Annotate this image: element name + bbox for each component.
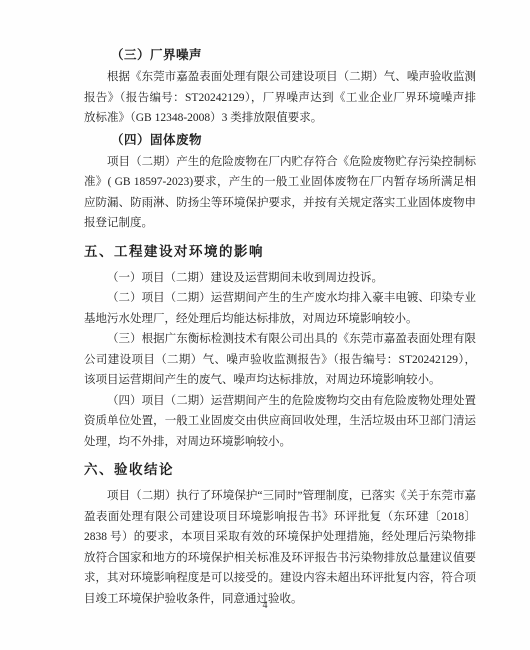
paragraph-noise-compliance: 根据《东莞市嘉盈表面处理有限公司建设项目（二期）气、噪声验收监测报告》（报告编号…: [84, 67, 476, 129]
paragraph-impact-wastewater: （二）项目（二期）运营期间产生的生产废水均排入豪丰电镀、印染专业基地污水处理厂，…: [84, 288, 476, 329]
subheading-factory-boundary-noise: （三）厂界噪声: [84, 45, 476, 66]
page-number: 4: [0, 600, 530, 611]
document-content: （三）厂界噪声 根据《东莞市嘉盈表面处理有限公司建设项目（二期）气、噪声验收监测…: [84, 44, 476, 609]
heading-environmental-impact: 五、工程建设对环境的影响: [84, 241, 476, 263]
paragraph-impact-complaints: （一）项目（二期）建设及运营期间未收到周边投诉。: [84, 268, 476, 289]
paragraph-impact-gas-noise: （三）根据广东衡标检测技术有限公司出具的《东莞市嘉盈表面处理有限公司建设项目（二…: [84, 329, 476, 391]
paragraph-solid-waste-compliance: 项目（二期）产生的危险废物在厂内贮存符合《危险废物贮存污染控制标准》( GB 1…: [84, 152, 476, 234]
heading-acceptance-conclusion: 六、验收结论: [84, 459, 476, 481]
paragraph-impact-hazardous-waste: （四）项目（二期）运营期间产生的危险废物均交由有危险废物处理处置资质单位处置，一…: [84, 391, 476, 453]
subheading-solid-waste: （四）固体废物: [84, 130, 476, 151]
document-page: （三）厂界噪声 根据《东莞市嘉盈表面处理有限公司建设项目（二期）气、噪声验收监测…: [0, 0, 530, 650]
paragraph-acceptance-conclusion: 项目（二期）执行了环境保护“三同时”管理制度，已落实《关于东莞市嘉盈表面处理有限…: [84, 486, 476, 609]
